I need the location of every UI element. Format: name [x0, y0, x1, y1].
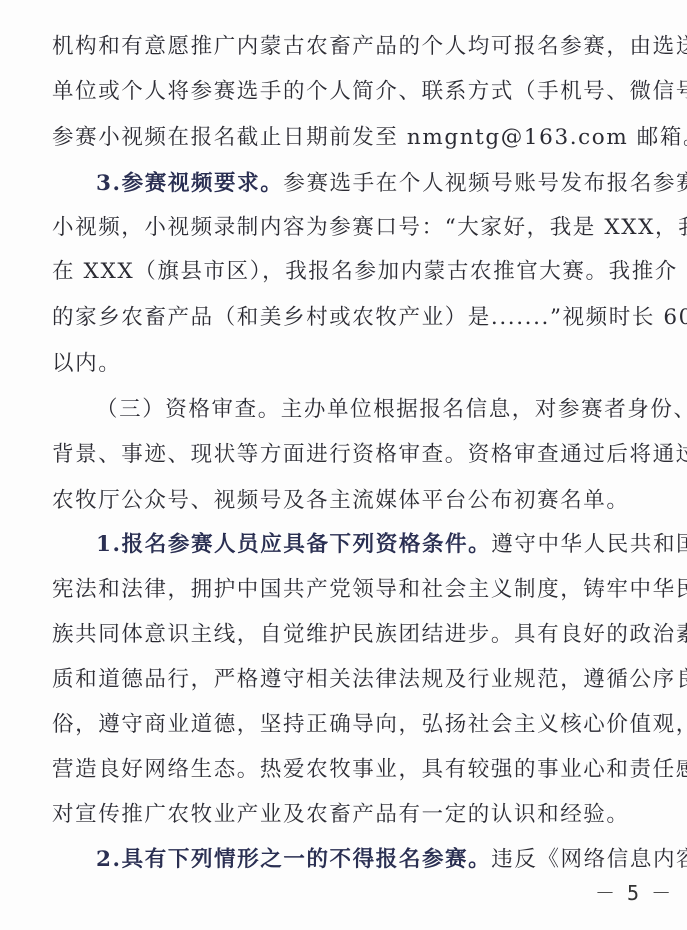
paragraph-line: 单位或个人将参赛选手的个人简介、联系方式（手机号、微信号）、	[52, 77, 648, 107]
paragraph-line: 农牧厅公众号、视频号及各主流媒体平台公布初赛名单。	[52, 486, 648, 516]
paragraph-text: 参赛选手在个人视频号账号发布报名参赛	[283, 171, 687, 196]
paragraph-line: 俗，遵守商业道德，坚持正确导向，弘扬社会主义核心价值观，	[52, 710, 648, 740]
paragraph-line: 营造良好网络生态。热爱农牧事业，具有较强的事业心和责任感，	[52, 755, 648, 785]
section-heading: 3.参赛视频要求。	[96, 171, 283, 196]
paragraph-text: 违反《网络信息内容	[491, 847, 687, 872]
section-heading: 1.报名参赛人员应具备下列资格条件。	[96, 532, 491, 557]
page-number: － 5 －	[595, 880, 671, 906]
paragraph-line: 机构和有意愿推广内蒙古农畜产品的个人均可报名参赛，由选送	[52, 32, 648, 62]
section-title-line: （三）资格审查。主办单位根据报名信息，对参赛者身份、	[96, 395, 648, 425]
document-page: 机构和有意愿推广内蒙古农畜产品的个人均可报名参赛，由选送 单位或个人将参赛选手的…	[0, 0, 687, 930]
section-heading-line: 3.参赛视频要求。参赛选手在个人视频号账号发布报名参赛	[96, 169, 648, 199]
section-heading-line: 1.报名参赛人员应具备下列资格条件。遵守中华人民共和国	[96, 530, 648, 560]
paragraph-line: 宪法和法律，拥护中国共产党领导和社会主义制度，铸牢中华民	[52, 575, 648, 605]
section-heading-line: 2.具有下列情形之一的不得报名参赛。违反《网络信息内容	[96, 845, 648, 875]
paragraph-text: 遵守中华人民共和国	[491, 532, 687, 557]
paragraph-line: 的家乡农畜产品（和美乡村或农牧产业）是.......”视频时长 60 秒	[52, 303, 648, 333]
paragraph-line: 质和道德品行，严格遵守相关法律法规及行业规范，遵循公序良	[52, 665, 648, 695]
paragraph-line: 在 XXX（旗县市区），我报名参加内蒙古农推官大赛。我推介	[52, 257, 648, 287]
paragraph-line: 对宣传推广农牧业产业及农畜产品有一定的认识和经验。	[52, 800, 648, 830]
section-heading: 2.具有下列情形之一的不得报名参赛。	[96, 847, 491, 872]
paragraph-line: 族共同体意识主线，自觉维护民族团结进步。具有良好的政治素	[52, 620, 648, 650]
paragraph-line: 背景、事迹、现状等方面进行资格审查。资格审查通过后将通过	[52, 440, 648, 470]
paragraph-line: 参赛小视频在报名截止日期前发至 nmgntg@163.com 邮箱。	[52, 123, 648, 153]
paragraph-line: 以内。	[52, 349, 648, 379]
paragraph-line: 小视频，小视频录制内容为参赛口号：“大家好，我是 XXX，我	[52, 213, 648, 243]
